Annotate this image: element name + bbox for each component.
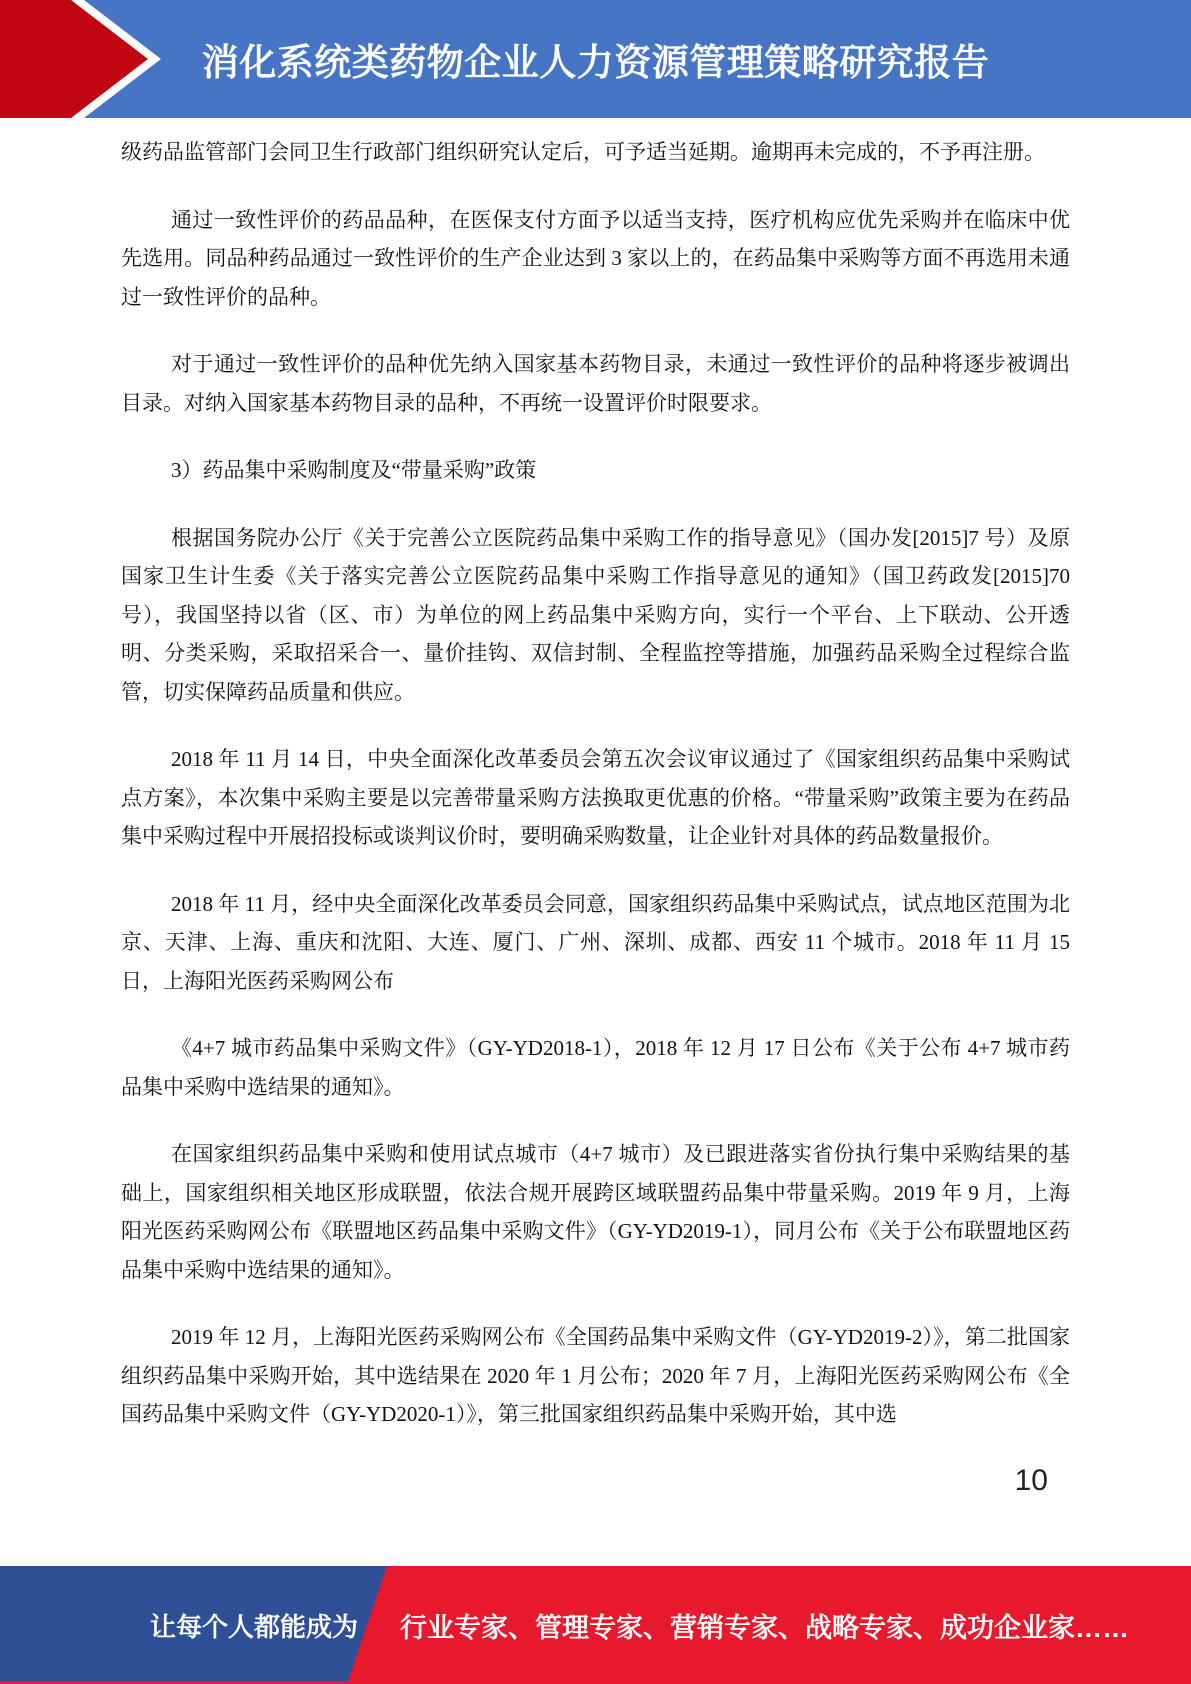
paragraph: 通过一致性评价的药品品种，在医保支付方面予以适当支持，医疗机构应优先采购并在临床… [121, 201, 1070, 317]
report-page: 消化系统类药物企业人力资源管理策略研究报告 级药品监管部门会同卫生行政部门组织研… [0, 0, 1191, 1684]
footer-banner: 让每个人都能成为 行业专家、管理专家、营销专家、战略专家、成功企业家…… [0, 1566, 1191, 1684]
paragraph: 《4+7 城市药品集中采购文件》（GY-YD2018-1），2018 年 12 … [121, 1029, 1070, 1106]
document-body: 级药品监管部门会同卫生行政部门组织研究认定后，可予适当延期。逾期再未完成的，不予… [0, 118, 1191, 1499]
paragraph: 2019 年 12 月，上海阳光医药采购网公布《全国药品集中采购文件（GY-YD… [121, 1318, 1070, 1434]
paragraph: 根据国务院办公厅《关于完善公立医院药品集中采购工作的指导意见》（国办发[2015… [121, 519, 1070, 712]
header-banner: 消化系统类药物企业人力资源管理策略研究报告 [0, 0, 1191, 118]
paragraph-heading: 3）药品集中采购制度及“带量采购”政策 [121, 451, 1070, 490]
page-title: 消化系统类药物企业人力资源管理策略研究报告 [0, 0, 1191, 118]
footer-text-layer: 让每个人都能成为 行业专家、管理专家、营销专家、战略专家、成功企业家…… [0, 1566, 1191, 1684]
page-number: 10 [121, 1463, 1048, 1499]
paragraph: 2018 年 11 月 14 日，中央全面深化改革委员会第五次会议审议通过了《国… [121, 740, 1070, 856]
paragraph: 级药品监管部门会同卫生行政部门组织研究认定后，可予适当延期。逾期再未完成的，不予… [121, 133, 1070, 172]
paragraph: 2018 年 11 月，经中央全面深化改革委员会同意，国家组织药品集中采购试点，… [121, 885, 1070, 1001]
footer-slogan-left: 让每个人都能成为 [0, 1607, 370, 1644]
paragraph: 对于通过一致性评价的品种优先纳入国家基本药物目录，未通过一致性评价的品种将逐步被… [121, 345, 1070, 422]
footer-slogan-right: 行业专家、管理专家、营销专家、战略专家、成功企业家…… [370, 1606, 1191, 1645]
paragraph: 在国家组织药品集中采购和使用试点城市（4+7 城市）及已跟进落实省份执行集中采购… [121, 1135, 1070, 1289]
